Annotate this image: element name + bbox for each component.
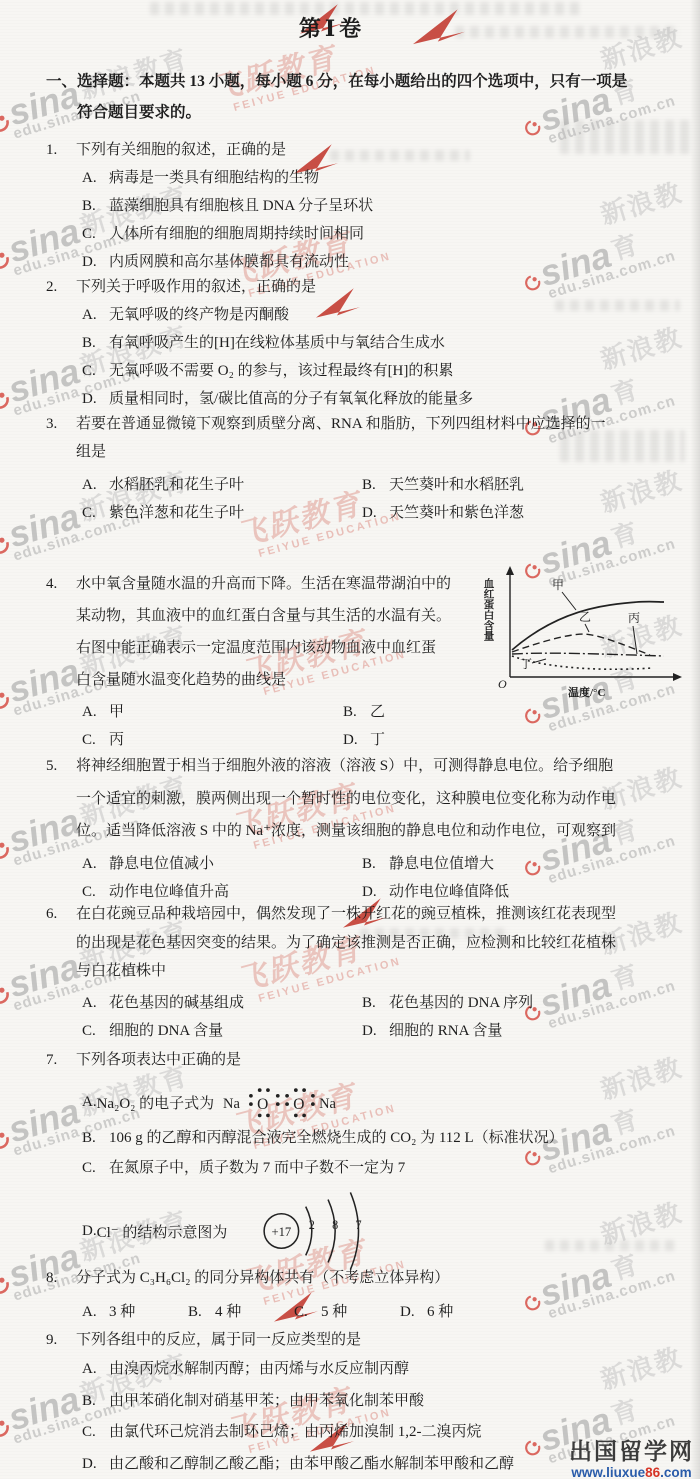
- q4-chart: 血红蛋白含量 O 温度/°C 甲 乙 丙 丁: [480, 562, 692, 704]
- option-b: B.有氧呼吸产生的[H]在线粒体基质中与氧结合生成水: [82, 329, 445, 357]
- exam-page: 第Ⅰ卷 一、选择题：本题共 13 小题，每小题 6 分，在每小题给出的四个选项中…: [0, 0, 700, 1479]
- chart-ylabel: 血红蛋白含量: [483, 577, 494, 642]
- question-2: 2.下列关于呼吸作用的叙述，正确的是 A.无氧呼吸的终产物是丙酮酸 B.有氧呼吸…: [46, 273, 671, 413]
- question-number: 3.: [46, 410, 76, 438]
- svg-text:O: O: [293, 1096, 304, 1113]
- question-number: 7.: [46, 1046, 76, 1074]
- option-b: B.蓝藻细胞具有细胞核且 DNA 分子呈环状: [82, 192, 373, 220]
- question-number: 9.: [46, 1326, 76, 1354]
- chart-xlabel: 温度/°C: [568, 685, 605, 699]
- electron-dot-formula: Na O O Na: [222, 1084, 348, 1120]
- curve-label-jia: 甲: [552, 578, 564, 592]
- curve-jia: [512, 602, 664, 650]
- option-text: 内质网膜和高尔基体膜都具有流动性: [109, 248, 349, 276]
- question-5: 5.将神经细胞置于相当于细胞外液的溶液（溶液 S）中，可测得静息电位。给予细胞 …: [46, 750, 671, 906]
- question-number: 6.: [46, 900, 76, 929]
- option-b: B.106 g 的乙醇和丙醇混合液完全燃烧生成的 CO₂ 为 112 L（标准状…: [46, 1124, 671, 1154]
- option-a: A.由溴丙烷水解制丙醇；由丙烯与水反应制丙醇: [82, 1354, 409, 1386]
- question-number: 8.: [46, 1264, 76, 1292]
- curve-label-yi: 乙: [579, 610, 591, 624]
- site-logo: 出国留学网 www.liuxue86.com: [569, 1433, 694, 1479]
- option-c: C.由氯代环己烷消去制环己烯；由丙烯加溴制 1,2-二溴丙烷: [82, 1417, 482, 1449]
- question-3: 3.若要在普通显微镜下观察到质壁分离、RNA 和脂肪，下列四组材料中应选择的一 …: [46, 410, 671, 527]
- svg-text:2: 2: [309, 1218, 315, 1232]
- section-header-line2: 符合题目要求的。: [46, 97, 661, 128]
- option-label: C.: [82, 220, 109, 248]
- question-8: 8.分子式为 C₃H₆Cl₂ 的同分异构体共有（不考虑立体异构） A.3 种 B…: [46, 1264, 671, 1326]
- option-b: B.天竺葵叶和水稻胚乳: [362, 471, 524, 499]
- option-a: A.静息电位值减小: [82, 850, 362, 878]
- option-a: A.3 种: [82, 1298, 188, 1326]
- question-7: 7.下列各项表达中正确的是 A. Na₂O₂ 的电子式为 Na O O Na B…: [46, 1046, 671, 1274]
- option-label: D.: [82, 248, 109, 276]
- option-text: 人体所有细胞的细胞周期持续时间相同: [109, 220, 364, 248]
- option-b: B.花色基因的 DNA 序列: [362, 989, 533, 1017]
- option-d: D.质量相同时，氢/碳比值高的分子有氧氧化释放的能量多: [82, 385, 473, 413]
- site-name: 出国留学网: [569, 1433, 694, 1466]
- curve-bing: [512, 653, 664, 656]
- option-a: A.病毒是一类具有细胞结构的生物: [82, 164, 319, 192]
- question-text: 下列有关细胞的叙述，正确的是: [76, 136, 286, 164]
- question-text-line2: 组是: [46, 438, 671, 466]
- option-d: D. Cl⁻ 的结构示意图为 +17 2 8 7: [46, 1188, 671, 1274]
- curve-label-ding: 丁: [520, 657, 532, 671]
- option-a: A.水稻胚乳和花生子叶: [82, 471, 362, 499]
- option-c: C.无氧呼吸不需要 O₂ 的参与，该过程最终有[H]的积累: [82, 357, 453, 385]
- option-d: D.6 种: [400, 1298, 453, 1326]
- option-text: 蓝藻细胞具有细胞核且 DNA 分子呈环状: [109, 192, 373, 220]
- atomic-structure-diagram: +17 2 8 7: [257, 1188, 391, 1274]
- option-b: B.静息电位值增大: [362, 850, 494, 878]
- option-b: B.由甲苯硝化制对硝基甲苯；由甲苯氧化制苯甲酸: [82, 1386, 424, 1418]
- option-c: C.5 种: [294, 1298, 400, 1326]
- section-header: 一、选择题：本题共 13 小题，每小题 6 分，在每小题给出的四个选项中，只有一…: [46, 66, 661, 128]
- scan-edge-shadow: [690, 0, 700, 1479]
- svg-text:O: O: [257, 1096, 268, 1113]
- option-a: A.花色基因的碱基组成: [82, 989, 362, 1017]
- question-number: 1.: [46, 136, 76, 164]
- curve-yi: [512, 634, 650, 655]
- option-a: A.无氧呼吸的终产物是丙酮酸: [82, 301, 289, 329]
- chart-origin: O: [498, 677, 507, 691]
- site-url: www.liuxue86.com: [569, 1465, 694, 1479]
- site-url-number: 86: [645, 1465, 660, 1479]
- svg-text:7: 7: [356, 1218, 362, 1232]
- page-title: 第Ⅰ卷: [0, 12, 682, 43]
- option-c: C.人体所有细胞的细胞周期持续时间相同: [82, 220, 364, 248]
- svg-text:Na: Na: [319, 1096, 336, 1112]
- option-label: A.: [82, 164, 109, 192]
- option-a: A.甲: [82, 698, 343, 726]
- option-d: D.内质网膜和高尔基体膜都具有流动性: [82, 248, 349, 276]
- option-a: A. Na₂O₂ 的电子式为 Na O O Na: [46, 1080, 671, 1124]
- option-text: 病毒是一类具有细胞结构的生物: [109, 164, 319, 192]
- question-number: 5.: [46, 750, 76, 783]
- option-c: C.细胞的 DNA 含量: [82, 1017, 362, 1045]
- option-b: B.乙: [343, 698, 385, 726]
- question-4: 4.水中氧含量随水温的升高而下降。生活在寒温带湖泊中的 某动物，其血液中的血红蛋…: [46, 568, 671, 754]
- svg-text:Na: Na: [223, 1096, 240, 1112]
- option-d: D.天竺葵叶和紫色洋葱: [362, 499, 524, 527]
- svg-text:+17: +17: [272, 1225, 292, 1239]
- option-d: D.由乙酸和乙醇制乙酸乙酯；由苯甲酸乙酯水解制苯甲酸和乙醇: [82, 1449, 514, 1479]
- curve-label-bing: 丙: [628, 611, 640, 625]
- option-c: C.紫色洋葱和花生子叶: [82, 499, 362, 527]
- option-d: D.细胞的 RNA 含量: [362, 1017, 502, 1045]
- svg-text:8: 8: [333, 1218, 339, 1232]
- question-1: 1.下列有关细胞的叙述，正确的是 A.病毒是一类具有细胞结构的生物 B.蓝藻细胞…: [46, 136, 671, 276]
- question-number: 2.: [46, 273, 76, 301]
- question-text: 下列关于呼吸作用的叙述，正确的是: [76, 273, 316, 301]
- section-header-line1: 一、选择题：本题共 13 小题，每小题 6 分，在每小题给出的四个选项中，只有一…: [46, 66, 661, 97]
- option-c: C.在氮原子中，质子数为 7 而中子数不一定为 7: [46, 1154, 671, 1184]
- question-6: 6.在白花豌豆品种栽培园中，偶然发现了一株开红花的豌豆植株，推测该红花表现型 的…: [46, 900, 671, 1045]
- question-number: 4.: [46, 568, 76, 600]
- option-b: B.4 种: [188, 1298, 294, 1326]
- option-label: B.: [82, 192, 109, 220]
